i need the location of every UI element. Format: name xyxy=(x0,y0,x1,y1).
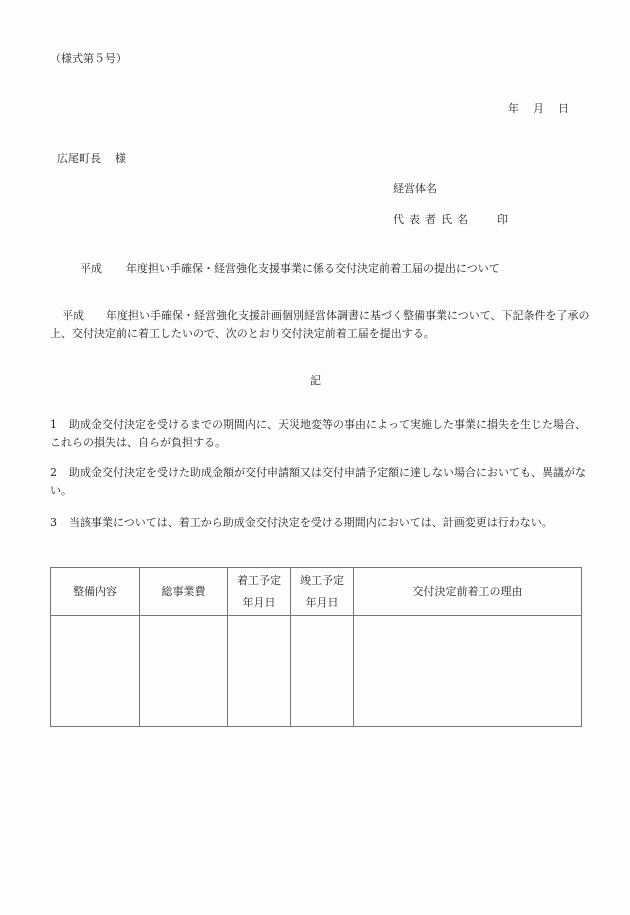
header-completion-date: 竣工予定年月日 xyxy=(291,568,354,616)
header-reason: 交付決定前着工の理由 xyxy=(354,568,582,616)
table-row xyxy=(51,616,582,727)
form-number: （様式第５号） xyxy=(50,50,127,66)
representative-label: 代表者氏名 xyxy=(393,211,473,227)
cell-maintenance-content[interactable] xyxy=(51,616,140,727)
condition-number: 2 xyxy=(50,466,57,479)
cell-start-date[interactable] xyxy=(228,616,291,727)
seal-mark: 印 xyxy=(497,211,508,227)
condition-number: 1 xyxy=(50,418,57,431)
condition-item: 3当該事業については、着工から助成金交付決定を受ける期間内においては、計画変更は… xyxy=(50,514,590,532)
title-text: 年度担い手確保・経営強化支援事業に係る交付決定前着工届の提出について xyxy=(126,262,500,275)
title-era: 平成 xyxy=(80,262,102,275)
date-year: 年 xyxy=(508,102,519,115)
body-text: 年度担い手確保・経営強化支援計画個別経営体調書に基づく整備事業について、下記条件… xyxy=(50,309,590,340)
cell-total-cost[interactable] xyxy=(140,616,228,727)
date-day: 日 xyxy=(558,102,569,115)
addressee-honorific: 様 xyxy=(115,152,126,165)
condition-item: 2助成金交付決定を受けた助成金額が交付申請額又は交付申請予定額に達しない場合にお… xyxy=(50,464,590,500)
table-header-row: 整備内容 総事業費 着工予定年月日 竣工予定年月日 交付決定前着工の理由 xyxy=(51,568,582,616)
cell-reason[interactable] xyxy=(354,616,582,727)
condition-text: 当該事業については、着工から助成金交付決定を受ける期間内においては、計画変更は行… xyxy=(69,516,553,529)
date-month: 月 xyxy=(533,102,544,115)
header-start-date: 着工予定年月日 xyxy=(228,568,291,616)
body-paragraph: 平成年度担い手確保・経営強化支援計画個別経営体調書に基づく整備事業について、下記… xyxy=(50,307,590,343)
body-era: 平成 xyxy=(62,309,84,322)
project-table: 整備内容 総事業費 着工予定年月日 竣工予定年月日 交付決定前着工の理由 xyxy=(50,567,582,727)
condition-text: 助成金交付決定を受けた助成金額が交付申請額又は交付申請予定額に達しない場合におい… xyxy=(50,466,586,497)
condition-number: 3 xyxy=(50,516,57,529)
org-name-label: 経営体名 xyxy=(393,180,437,196)
document-title: 平成年度担い手確保・経営強化支援事業に係る交付決定前着工届の提出について xyxy=(80,260,500,276)
addressee-name: 広尾町長 xyxy=(57,152,101,165)
header-total-cost: 総事業費 xyxy=(140,568,228,616)
ki-heading: 記 xyxy=(310,372,321,388)
condition-item: 1助成金交付決定を受けるまでの期間内に、天災地変等の事由によって実施した事業に損… xyxy=(50,416,590,452)
header-maintenance-content: 整備内容 xyxy=(51,568,140,616)
addressee: 広尾町長様 xyxy=(57,150,126,166)
date-line: 年月日 xyxy=(508,100,569,116)
condition-text: 助成金交付決定を受けるまでの期間内に、天災地変等の事由によって実施した事業に損失… xyxy=(50,418,586,449)
cell-completion-date[interactable] xyxy=(291,616,354,727)
